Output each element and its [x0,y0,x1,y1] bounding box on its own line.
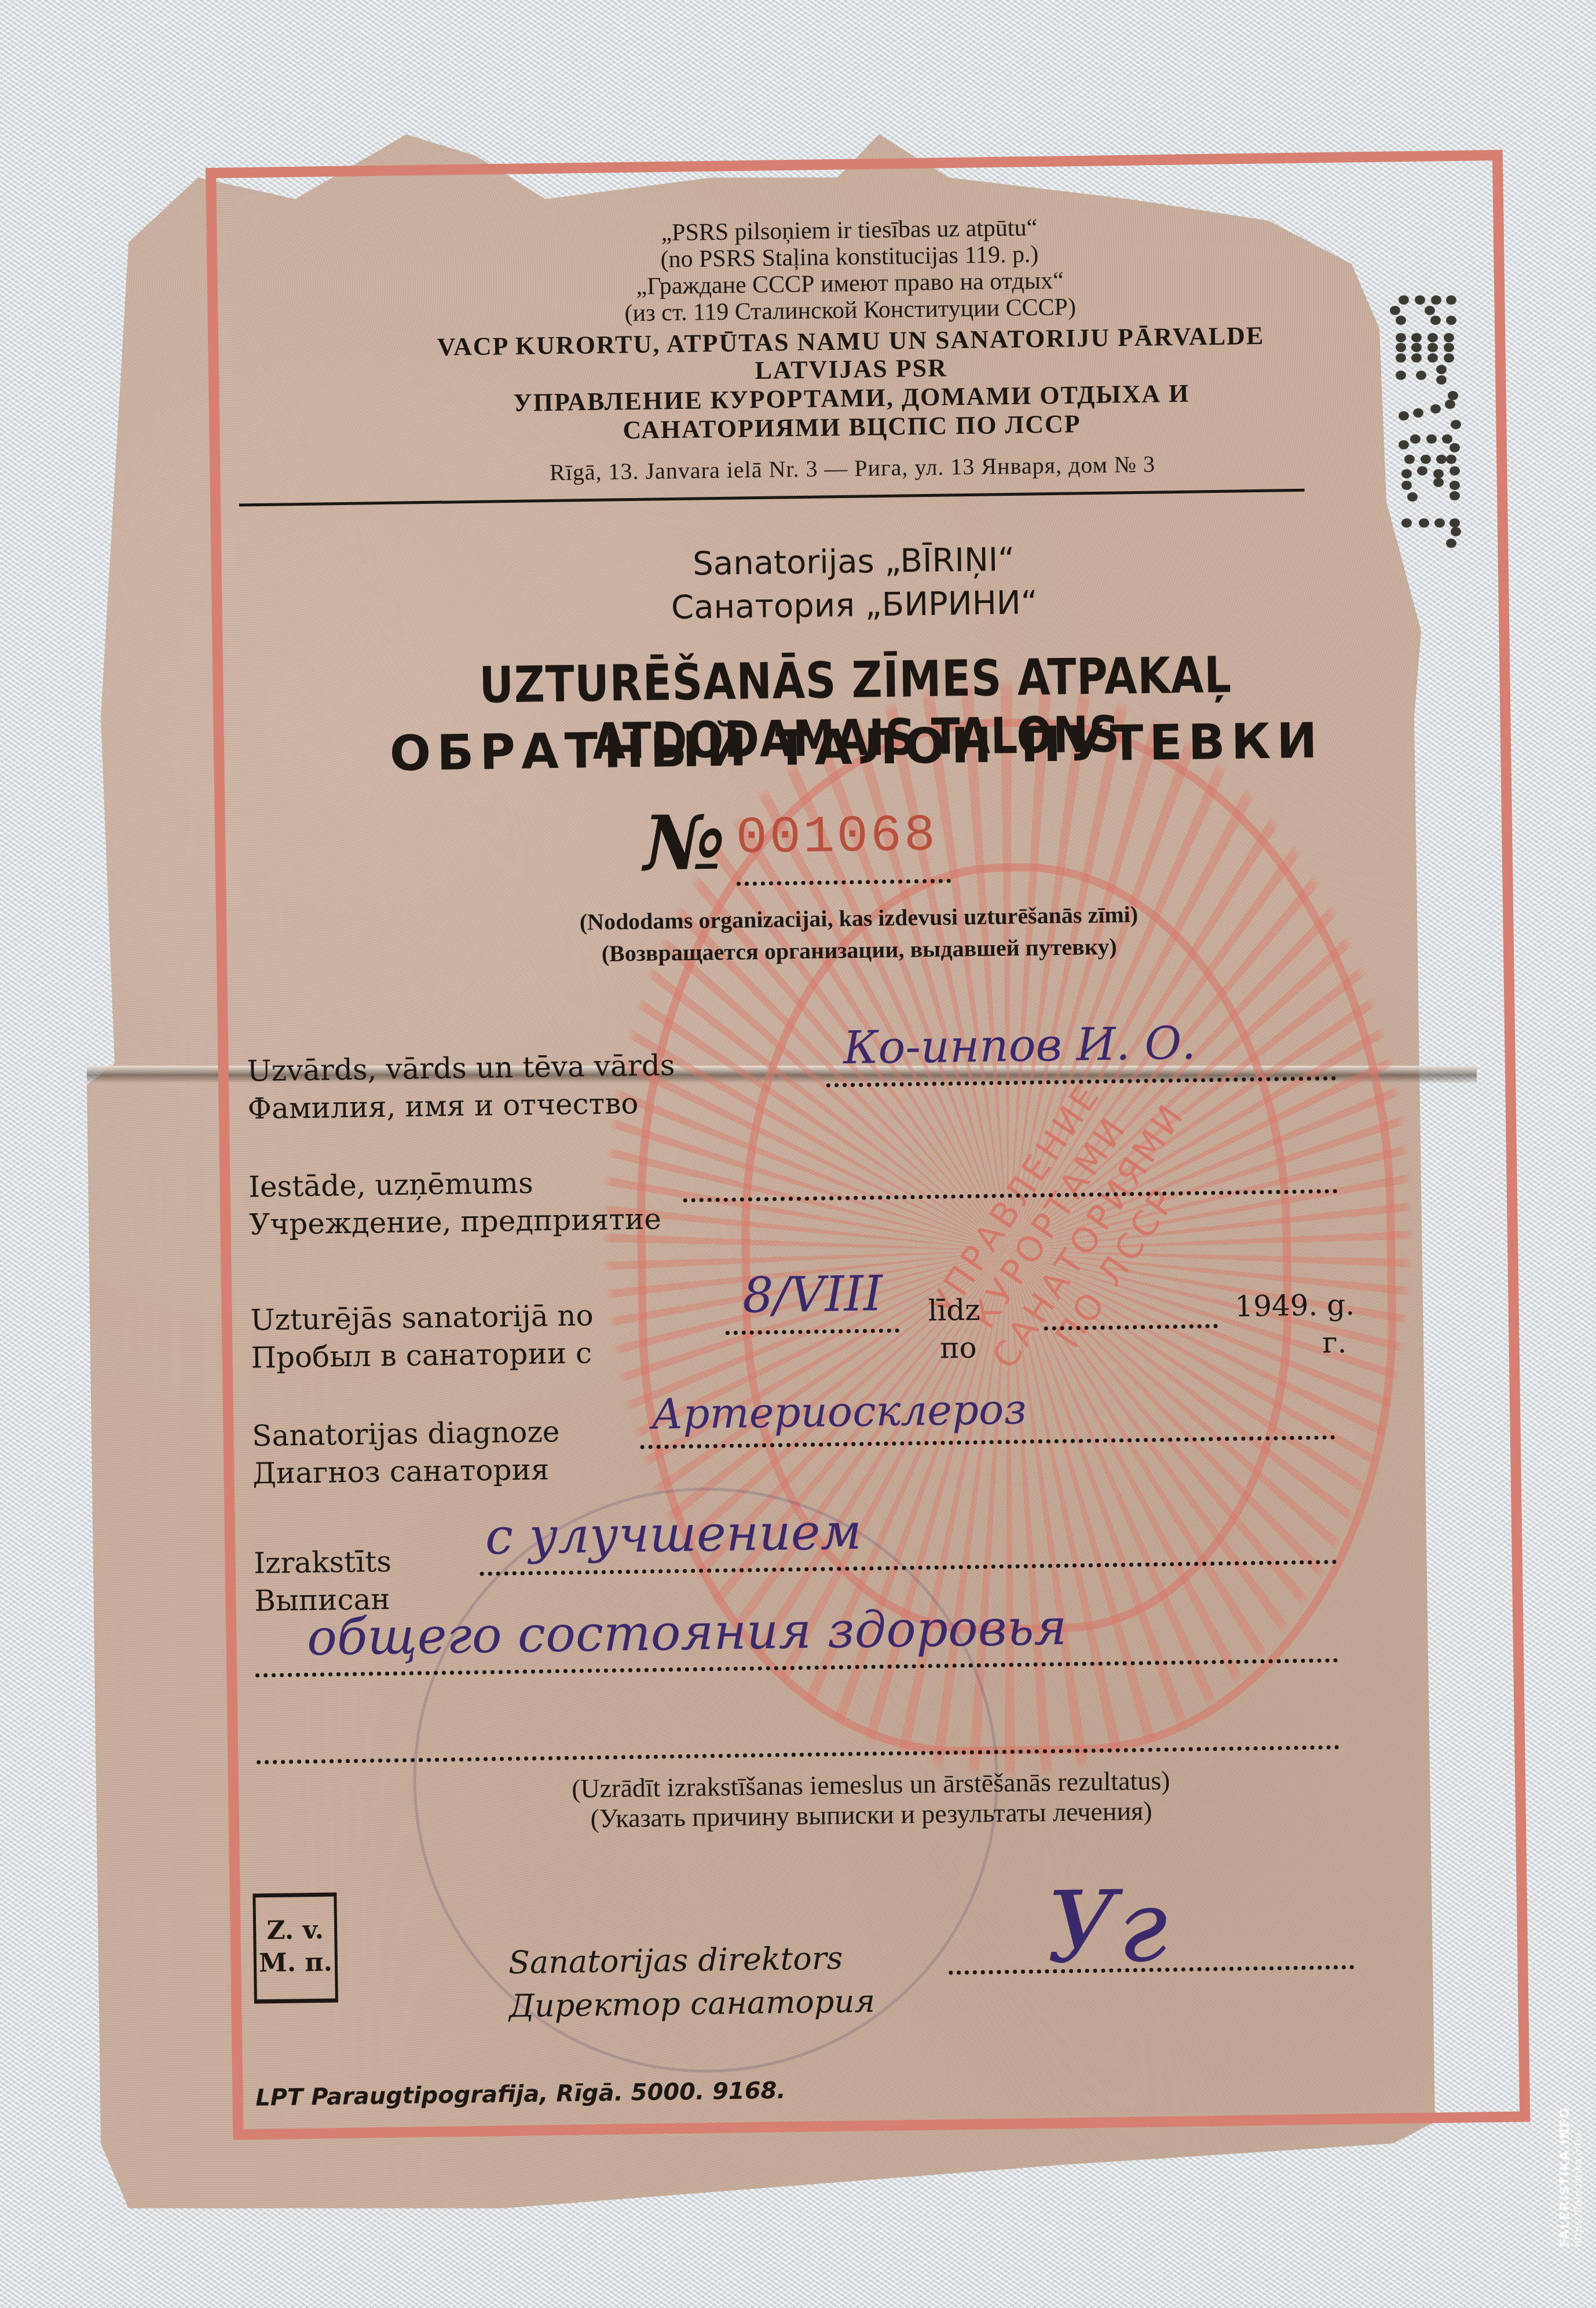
header-rule [239,489,1305,507]
talon-number: 001068 [735,807,938,869]
discharge-label-lv: Izrakstīts [254,1544,391,1581]
stay-label-ru-from: Пробыл в санатории с [251,1336,592,1375]
number-sign: № [643,798,726,888]
discharge-value-line2[interactable]: общего состояния здоровья [306,1599,1067,1667]
stay-from-value[interactable]: 8/VIII [742,1265,883,1323]
seal-label-ru: М. п. [257,1946,335,1980]
document-content: УПРАВЛЕНИЕ КУРОРТАМИ САНАТОРИЯМИ ПО ЛССР… [217,162,1507,2126]
watermark-url: https://faleristika.info/ [1572,2107,1584,2247]
director-label-ru: Директор санатория [509,1980,876,2027]
name-field-value[interactable]: Ко-инпов И. О. [843,1018,1196,1074]
stay-year-lv: 1949. g. [1235,1287,1355,1324]
printer-imprint: LPT Paraugtipografija, Rīgā. 5000. 9168. [255,2077,786,2112]
site-watermark: FALERISTIKA.INFO https://faleristika.inf… [1558,2107,1584,2247]
institution-label-ru: Учреждение, предприятие [249,1201,661,1242]
watermark-title: FALERISTIKA.INFO [1558,2107,1572,2247]
diagnosis-field-value[interactable]: Артериосклероз [651,1385,1027,1439]
stay-label-lv-from: Uzturējās sanatorijā no [250,1298,594,1337]
address: Rīgā, 13. Janvara ielā Nr. 3 — Рига, ул.… [221,446,1484,491]
diagnosis-label-lv: Sanatorijas diagnoze [252,1414,560,1453]
diagnosis-label-ru: Диагноз санатория [252,1452,550,1491]
seal-label-lv: Z. v. [256,1914,335,1947]
director-signature: Уг [1046,1869,1169,1985]
stay-year-ru: г. [1322,1325,1347,1360]
discharge-value-line1[interactable]: с улучшением [485,1503,862,1566]
name-label-ru: Фамилия, имя и отчество [247,1086,639,1126]
director-label-lv: Sanatorijas direktors [508,1937,843,1984]
seal-placeholder-box: Z. v. М. п. [252,1892,338,2003]
name-label-lv: Uzvārds, vārds un tēva vārds [247,1048,675,1088]
institution-label-lv: Iestāde, uzņēmums [248,1166,533,1205]
stay-label-ru-to: по [940,1330,977,1366]
stay-label-lv-to: līdz [928,1293,980,1328]
